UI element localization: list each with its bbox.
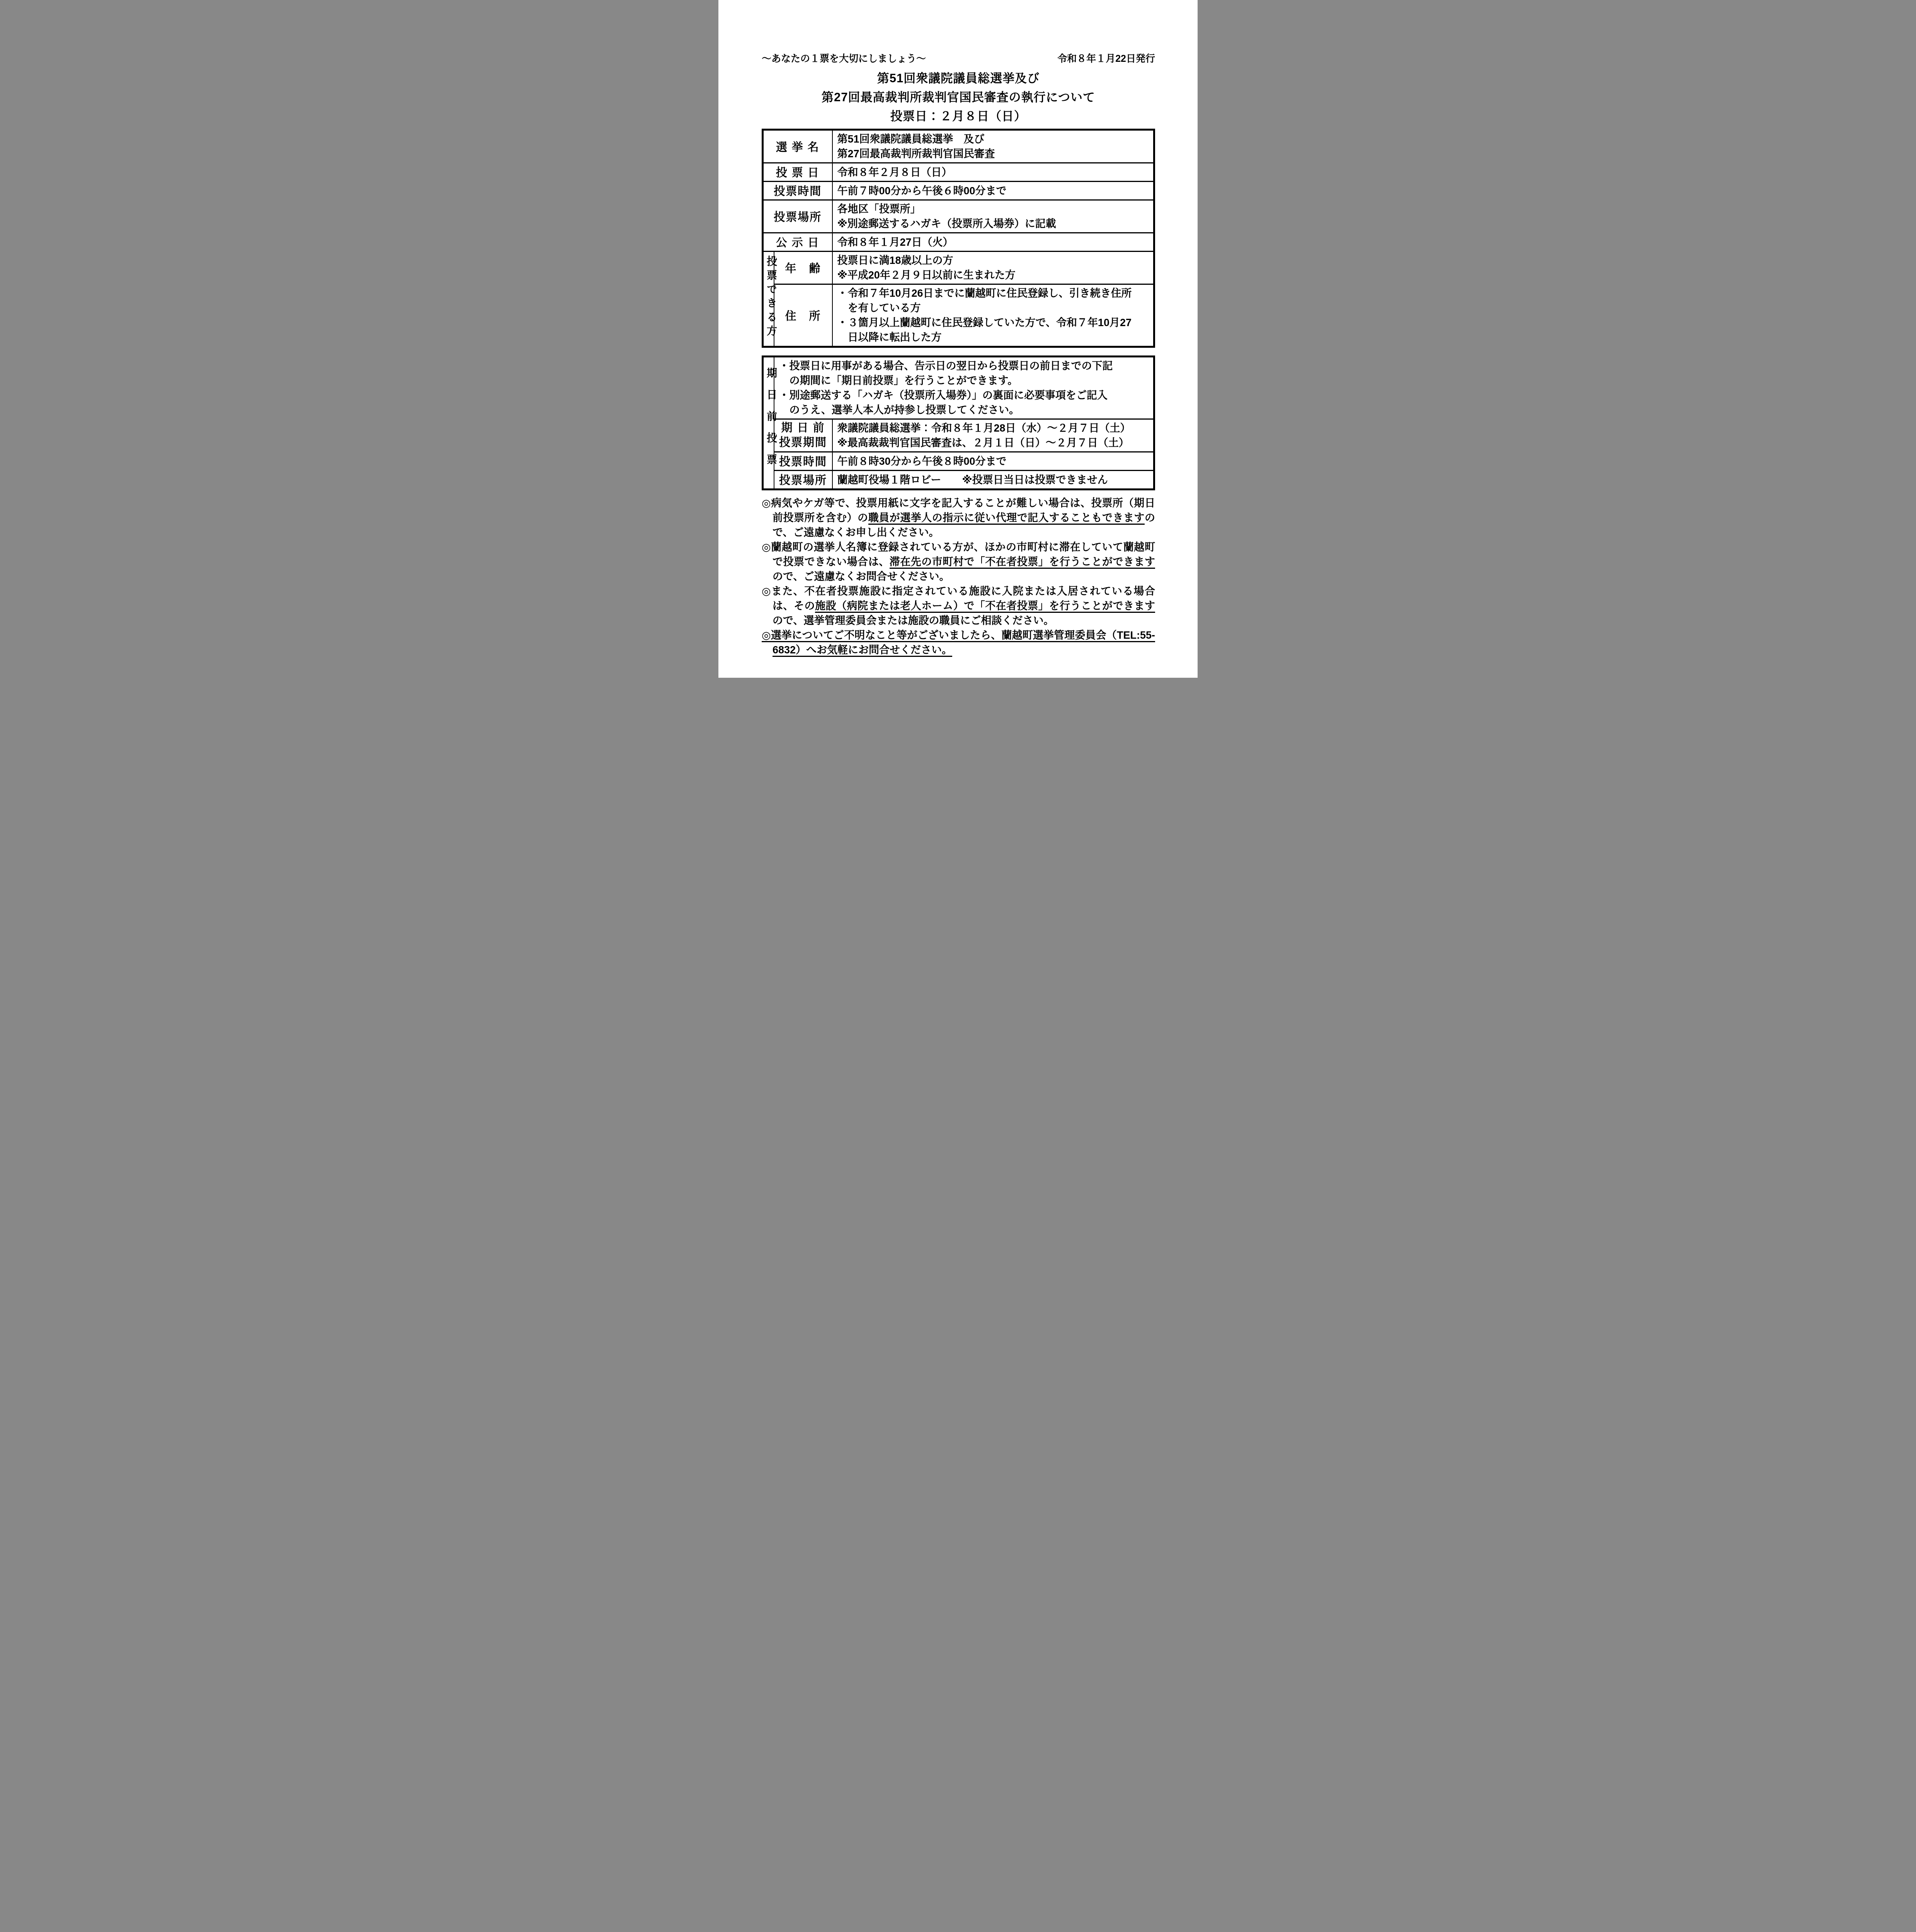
title-line-2: 第27回最高裁判所裁判官国民審査の執行について <box>762 88 1155 107</box>
row-value: 衆議院議員総選挙：令和８年１月28日（水）～２月７日（土） ※最高裁裁判官国民審… <box>832 419 1154 452</box>
note-emphasis-underlined: 施設（病院または老人ホーム）で「不在者投票」を行うことができます <box>815 600 1155 613</box>
row-value: 各地区「投票所」 ※別途郵送するハガキ（投票所入場券）に記載 <box>832 200 1154 233</box>
note-text: ので、ご遠慮なくお問合せください。 <box>773 571 949 582</box>
value-line: ※平成20年２月９日以前に生まれた方 <box>837 268 1149 282</box>
value-line: 午前８時30分から午後８時00分まで <box>837 454 1149 469</box>
header-issue-date: 令和８年１月22日発行 <box>1057 51 1155 65</box>
note-emphasis-underlined: ◎選挙についてご不明なこと等がございましたら、蘭越町選挙管理委員会（TEL:55… <box>762 629 1155 657</box>
value-line: ※最高裁裁判官国民審査は、２月１日（日）～２月７日（土） <box>837 435 1149 450</box>
row-value: 令和８年２月８日（日） <box>832 163 1154 182</box>
table-row-early-voting-place: 投票場所 蘭越町役場１階ロビー ※投票日当日は投票できません <box>763 471 1154 490</box>
page-title: 第51回衆議院議員総選挙及び 第27回最高裁判所裁判官国民審査の執行について 投… <box>762 69 1155 126</box>
label-line: 投票期間 <box>775 435 831 450</box>
value-line: 第51回衆議院議員総選挙 及び <box>837 132 1149 146</box>
notes-section: ◎病気やケガ等で、投票用紙に文字を記入することが難しい場合は、投票所（期日前投票… <box>762 496 1155 657</box>
note-emphasis-underlined: 滞在先の市町村で「不在者投票」を行うことができます <box>890 556 1155 569</box>
row-label: 投 票 日 <box>763 163 832 182</box>
row-label: 投票場所 <box>763 200 832 233</box>
value-line: 令和８年１月27日（火） <box>837 235 1149 250</box>
table-row-voting-place: 投票場所 各地区「投票所」 ※別途郵送するハガキ（投票所入場券）に記載 <box>763 200 1154 233</box>
title-line-3: 投票日：２月８日（日） <box>762 107 1155 126</box>
table-row-early-voting-hours: 投票時間 午前８時30分から午後８時00分まで <box>763 452 1154 471</box>
row-value: 蘭越町役場１階ロビー ※投票日当日は投票できません <box>832 471 1154 490</box>
row-label: 投票時間 <box>763 182 832 200</box>
row-label: 住 所 <box>774 284 832 347</box>
row-label: 年 齢 <box>774 252 832 284</box>
early-voting-group-label: 期日前投票 <box>763 357 774 490</box>
value-line: 投票日に満18歳以上の方 <box>837 253 1149 268</box>
table-row-announcement-day: 公 示 日 令和８年１月27日（火） <box>763 233 1154 252</box>
row-value: 第51回衆議院議員総選挙 及び 第27回最高裁判所裁判官国民審査 <box>832 130 1154 163</box>
early-voting-table: 期日前投票 ・投票日に用事がある場合、告示日の翌日から投票日の前日までの下記 の… <box>762 355 1155 490</box>
value-line: を有している方 <box>837 301 1149 315</box>
note-contact-committee: ◎選挙についてご不明なこと等がございましたら、蘭越町選挙管理委員会（TEL:55… <box>762 628 1155 657</box>
vertical-label: 期日前投票 <box>764 367 779 476</box>
table-row-early-voting-period: 期 日 前 投票期間 衆議院議員総選挙：令和８年１月28日（水）～２月７日（土）… <box>763 419 1154 452</box>
value-line: 日以降に転出した方 <box>837 330 1149 345</box>
table-row-eligible-age: 投票できる方 年 齢 投票日に満18歳以上の方 ※平成20年２月９日以前に生まれ… <box>763 252 1154 284</box>
note-text: ので、選挙管理委員会または施設の職員にご相談ください。 <box>773 615 1054 626</box>
row-label: 公 示 日 <box>763 233 832 252</box>
row-value: 午前７時00分から午後６時00分まで <box>832 182 1154 200</box>
value-line: 令和８年２月８日（日） <box>837 165 1149 180</box>
label-line: 期 日 前 <box>775 421 831 435</box>
page-header: ～あなたの１票を大切にしましょう～ 令和８年１月22日発行 <box>762 51 1155 65</box>
row-value: 午前８時30分から午後８時00分まで <box>832 452 1154 471</box>
table-row-voting-hours: 投票時間 午前７時00分から午後６時00分まで <box>763 182 1154 200</box>
row-label: 期 日 前 投票期間 <box>774 419 832 452</box>
title-line-1: 第51回衆議院議員総選挙及び <box>762 69 1155 88</box>
intro-line: の期間に「期日前投票」を行うことができます。 <box>779 373 1149 388</box>
row-label: 選 挙 名 <box>763 130 832 163</box>
table-row-election-name: 選 挙 名 第51回衆議院議員総選挙 及び 第27回最高裁判所裁判官国民審査 <box>763 130 1154 163</box>
table-row-eligible-address: 住 所 ・令和７年10月26日までに蘭越町に住民登録し、引き続き住所 を有してい… <box>763 284 1154 347</box>
value-line: 蘭越町役場１階ロビー ※投票日当日は投票できません <box>837 473 1149 487</box>
vertical-label: 投票できる方 <box>764 256 779 339</box>
eligible-voters-group-label: 投票できる方 <box>763 252 774 347</box>
value-line: 第27回最高裁判所裁判官国民審査 <box>837 146 1149 161</box>
row-label: 投票時間 <box>774 452 832 471</box>
intro-line: のうえ、選挙人本人が持参し投票してください。 <box>779 403 1149 417</box>
intro-line: ・別途郵送する「ハガキ（投票所入場券）」の裏面に必要事項をご記入 <box>779 388 1149 403</box>
table-row-voting-day: 投 票 日 令和８年２月８日（日） <box>763 163 1154 182</box>
election-info-table: 選 挙 名 第51回衆議院議員総選挙 及び 第27回最高裁判所裁判官国民審査 投… <box>762 129 1155 348</box>
value-line: ・３箇月以上蘭越町に住民登録していた方で、令和７年10月27 <box>837 315 1149 330</box>
note-emphasis-underlined: 職員が選挙人の指示に従い代理で記入することもできます <box>868 512 1145 525</box>
row-label: 投票場所 <box>774 471 832 490</box>
value-line: 各地区「投票所」 <box>837 202 1149 216</box>
value-line: 午前７時00分から午後６時00分まで <box>837 184 1149 198</box>
note-absentee-other-city: ◎蘭越町の選挙人名簿に登録されている方が、ほかの市町村に滞在していて蘭越町で投票… <box>762 540 1155 584</box>
row-value: 令和８年１月27日（火） <box>832 233 1154 252</box>
row-value: ・令和７年10月26日までに蘭越町に住民登録し、引き続き住所 を有している方 ・… <box>832 284 1154 347</box>
election-notice-page: ～あなたの１票を大切にしましょう～ 令和８年１月22日発行 第51回衆議院議員総… <box>718 0 1198 678</box>
value-line: ・令和７年10月26日までに蘭越町に住民登録し、引き続き住所 <box>837 286 1149 301</box>
note-absentee-facility: ◎また、不在者投票施設に指定されている施設に入院または入居されている場合は、その… <box>762 584 1155 628</box>
value-line: ※別途郵送するハガキ（投票所入場券）に記載 <box>837 216 1149 231</box>
value-line: 衆議院議員総選挙：令和８年１月28日（水）～２月７日（土） <box>837 421 1149 435</box>
header-slogan: ～あなたの１票を大切にしましょう～ <box>762 51 926 65</box>
row-value: 投票日に満18歳以上の方 ※平成20年２月９日以前に生まれた方 <box>832 252 1154 284</box>
table-row-early-voting-intro: 期日前投票 ・投票日に用事がある場合、告示日の翌日から投票日の前日までの下記 の… <box>763 357 1154 419</box>
intro-line: ・投票日に用事がある場合、告示日の翌日から投票日の前日までの下記 <box>779 359 1149 373</box>
early-voting-intro: ・投票日に用事がある場合、告示日の翌日から投票日の前日までの下記 の期間に「期日… <box>774 357 1154 419</box>
note-proxy-writing: ◎病気やケガ等で、投票用紙に文字を記入することが難しい場合は、投票所（期日前投票… <box>762 496 1155 540</box>
